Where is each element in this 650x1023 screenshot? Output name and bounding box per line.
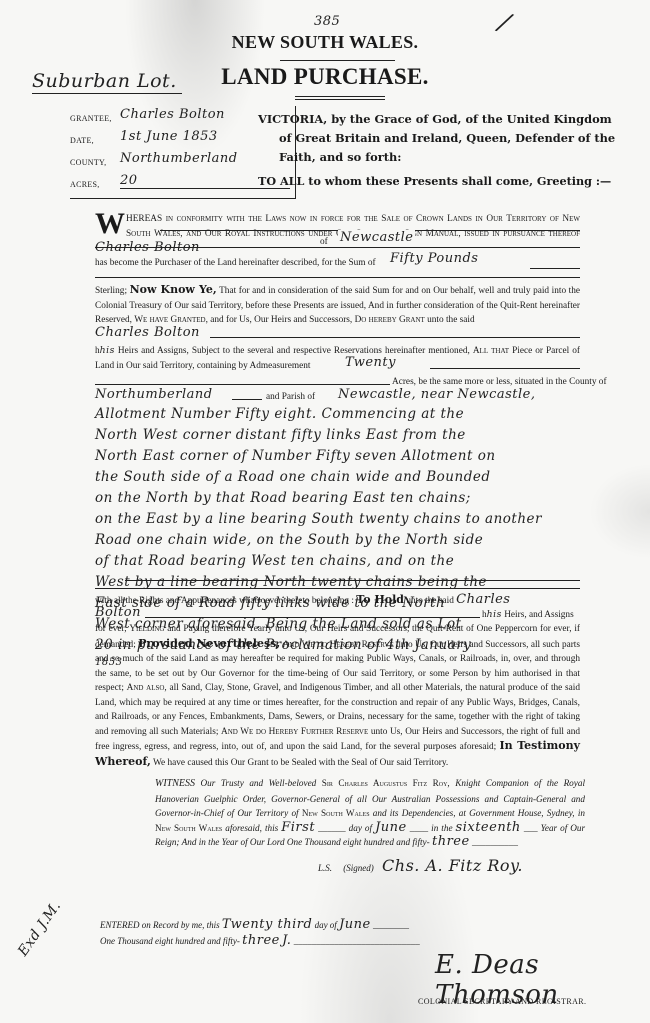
folio-number: 385 (314, 14, 340, 29)
further-reserve: And We do Hereby Further Reserve (221, 727, 368, 737)
provided-nevertheless: Provided Nevertheless, (138, 637, 280, 650)
to-hold: To Hold (356, 593, 404, 606)
fill-line (145, 617, 480, 618)
and-also: And also, (127, 683, 167, 693)
witness-text-4: aforesaid, this (225, 823, 278, 833)
entry-year-suffix: three (242, 933, 280, 948)
entry-text-2: One Thousand eight hundred and fifty- (100, 936, 240, 946)
heirs-assigns: hhis Heirs, and Assigns for ever, Heirs,… (482, 608, 574, 623)
witness-day: First (281, 820, 315, 835)
fill-line (95, 277, 580, 278)
do-hereby-grant: Do hereby Grant (355, 315, 425, 325)
fill-line (530, 268, 580, 269)
his: his (487, 609, 502, 620)
description-line: on the East by a line bearing South twen… (95, 509, 580, 530)
fill-line (95, 247, 580, 248)
governor-name: Sir Charles Augustus Fitz Roy, (322, 778, 450, 788)
we-have-granted: We have Granted, (134, 315, 208, 325)
parcel-text: Heirs and Assigns, Subject to the severa… (118, 346, 470, 356)
colony-name: New South Wales (302, 808, 370, 818)
seal-text: We have caused this Our Grant to be Seal… (153, 758, 448, 768)
witness-month: June (375, 820, 407, 835)
witness-text: Our Trusty and Well-beloved (201, 778, 317, 788)
governor-signature: Chs. A. Fitz Roy. (382, 856, 523, 875)
entry-initial: J. (282, 933, 291, 948)
greeting: TO ALL to whom these Presents shall come… (258, 174, 611, 188)
entered-label: ENTERED (100, 920, 140, 930)
grantee-name: Charles Bolton (95, 325, 200, 340)
fill-line (125, 580, 580, 581)
section-rule (95, 588, 580, 589)
consideration-text-2: and for Us, Our Heirs and Successors, (210, 315, 352, 325)
country-heading: NEW SOUTH WALES. (0, 32, 650, 53)
witness-year-suffix: three (432, 834, 470, 849)
margin-note: Exd J.M. (15, 898, 64, 959)
county-value: Northumberland (120, 151, 238, 166)
witness-clause: WITNESS Our Trusty and Well-beloved Sir … (155, 776, 585, 850)
county-name: Northumberland (95, 387, 213, 402)
description-line: the South side of a Road one chain wide … (95, 467, 580, 488)
colony-name-2: New South Wales (155, 823, 222, 833)
dropcap: W (95, 212, 125, 236)
heading-rule (280, 60, 395, 61)
reign-year: sixteenth (456, 820, 521, 835)
royal-preamble: VICTORIA, by the Grace of God, of the Un… (258, 110, 643, 167)
witness-text-3: and its Dependencies, at Government Hous… (373, 808, 585, 818)
reservations-clause: for ever, Yielding and Paying therefore … (95, 622, 580, 770)
entry-day: Twenty third (222, 917, 312, 932)
of-label: of (320, 235, 328, 250)
sterling: Sterling; (95, 286, 127, 296)
day-of: day of (349, 823, 372, 833)
county-label: COUNTY, (70, 158, 106, 167)
acres-value: 20 (120, 173, 138, 188)
consideration-text-3: unto the said (427, 315, 475, 325)
entry-record: ENTERED on Record by me, this Twenty thi… (100, 917, 420, 949)
fill-line (95, 384, 390, 385)
witness-word: WITNESS (155, 778, 195, 789)
parish-label: and Parish of (266, 390, 315, 405)
habendum-text-2: unto the said (406, 596, 454, 606)
date-value: 1st June 1853 (120, 129, 218, 144)
title-double-rule (295, 96, 385, 100)
grantee-surname: Bolton (95, 605, 141, 620)
all-that: All that (473, 346, 509, 356)
description-line: West by a line bearing North twenty chai… (95, 572, 580, 593)
in-the: in the (431, 823, 452, 833)
preamble-line-2: of Great Britain and Ireland, Queen, Def… (258, 129, 643, 148)
description-line: of that Road bearing West ten chains, an… (95, 551, 580, 572)
description-line: on the North by that Road bearing East t… (95, 488, 580, 509)
locus-sigilli: L.S. (318, 863, 332, 873)
date-label: DATE, (70, 136, 94, 145)
fill-line (430, 368, 580, 369)
consideration-clause: Sterling; Now Know Ye, That for and in c… (95, 283, 580, 328)
document-page: 385 / NEW SOUTH WALES. LAND PURCHASE. Su… (0, 0, 650, 1023)
now-know-ye: Now Know Ye, (130, 283, 217, 296)
we-do-hereby-reserve: And We do Hereby Reserve (283, 640, 394, 650)
preamble-line-1: VICTORIA, by the Grace of God, of the Un… (258, 112, 612, 126)
purchaser-text: has become the Purchaser of the Land her… (95, 256, 376, 271)
habendum-line-1: with all the Rights and Appurtenances wh… (95, 593, 510, 609)
description-line: Road one chain wide, on the South by the… (95, 530, 580, 551)
purchase-sum: Fifty Pounds (390, 251, 478, 266)
fill-line (232, 399, 262, 400)
registrar-title: Colonial Secretary and Registrar. (418, 997, 586, 1006)
his: his (100, 345, 115, 356)
signed-label: (Signed) (343, 863, 374, 873)
parish-name: Newcastle, near Newcastle, (338, 387, 536, 402)
description-line: North West corner distant fifty links Ea… (95, 425, 580, 446)
margin-label: Suburban Lot. (32, 70, 182, 94)
entry-day-of: day of (315, 920, 337, 930)
fill-line (210, 337, 580, 338)
grantee-value: Charles Bolton (120, 107, 225, 122)
grantee-label: GRANTEE, (70, 114, 112, 123)
grantee-first-name: Charles (456, 592, 510, 607)
acres-underline (120, 188, 290, 189)
description-line: Allotment Number Fifty eight. Commencing… (95, 404, 580, 425)
entry-text: on Record by me, this (142, 920, 220, 930)
acreage-words: Twenty (345, 355, 396, 370)
governor-signature-block: L.S. (Signed) Chs. A. Fitz Roy. (318, 856, 523, 875)
purchaser-place: Newcastle (338, 230, 415, 245)
description-line: North East corner of Number Fifty seven … (95, 446, 580, 467)
preamble-line-3: Faith, and so forth: (258, 148, 643, 167)
yielding: Yielding (129, 624, 164, 634)
acres-label: ACRES, (70, 180, 100, 189)
entry-month: June (339, 917, 371, 932)
